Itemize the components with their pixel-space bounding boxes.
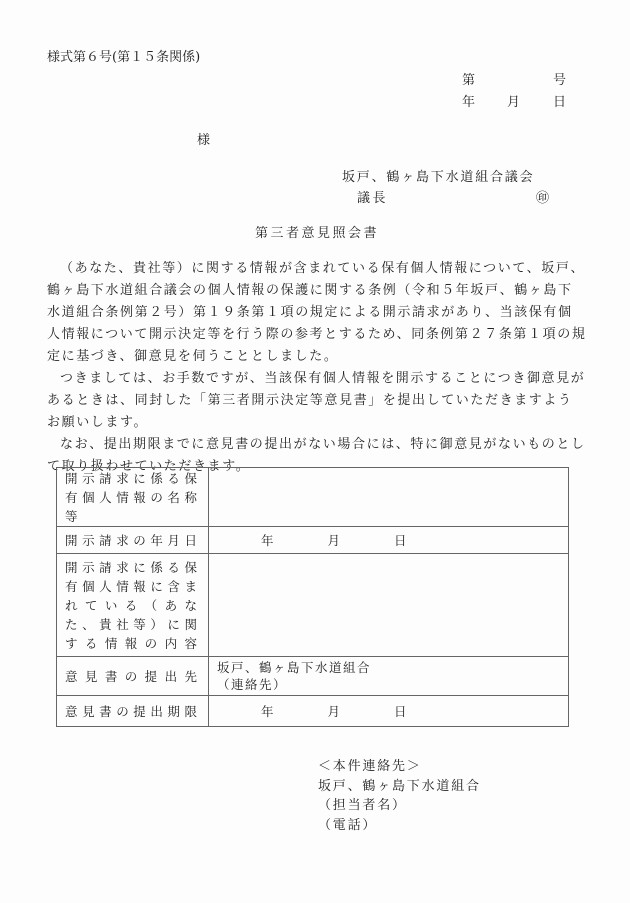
body-text: （あなた、貴社等）に関する情報が含まれている保有個人情報について、坂戸、鶴ヶ島下… (47, 258, 587, 478)
doc-no-suffix: 号 (553, 69, 566, 88)
row-value-request-date[interactable]: 年 月 日 (209, 527, 569, 554)
row-label: 開示請求に係る保有個人情報の名称等 (57, 468, 209, 527)
contact-org: 坂戸、鶴ヶ島下水道組合 (318, 777, 481, 797)
row-value-name[interactable] (209, 468, 569, 527)
row-value-content[interactable] (209, 554, 569, 657)
row-label: 開示請求の年月日 (57, 527, 209, 554)
issue-date: 年 月 日 (462, 91, 475, 110)
date-year: 年 (462, 95, 475, 110)
contact-person: （担当者名） (318, 796, 481, 816)
row-label: 意見書の提出期限 (57, 696, 209, 727)
sender-org: 坂戸、鶴ヶ島下水道組合議会 (342, 166, 534, 185)
form-number: 様式第６号(第１５条関係) (47, 46, 200, 65)
row-value-destination[interactable]: 坂戸、鶴ヶ島下水道組合 （連絡先） (209, 657, 569, 696)
table-row: 開示請求に係る保有個人情報に含まれている（あなた、貴社等）に関する情報の内容 (57, 554, 569, 657)
sender-title: 議長 (357, 187, 388, 206)
table-row: 意見書の提出期限 年 月 日 (57, 696, 569, 727)
contact-header: ＜本件連絡先＞ (318, 757, 481, 777)
document-title: 第三者意見照会書 (255, 222, 379, 241)
table-row: 意見書の提出先 坂戸、鶴ヶ島下水道組合 （連絡先） (57, 657, 569, 696)
date-month: 月 (507, 91, 520, 110)
contact-phone: （電話） (318, 816, 481, 836)
document-number: 第 号 (462, 69, 475, 88)
date-day: 日 (553, 91, 566, 110)
body-paragraph-2: つきましては、お手数ですが、当該保有個人情報を開示することにつき御意見があるとき… (47, 368, 587, 434)
row-label: 開示請求に係る保有個人情報に含まれている（あなた、貴社等）に関する情報の内容 (57, 554, 209, 657)
seal-mark: ㊞ (536, 187, 549, 206)
info-table: 開示請求に係る保有個人情報の名称等 開示請求の年月日 年 月 日 開示請求に係る… (56, 467, 569, 727)
recipient-suffix: 様 (197, 129, 210, 148)
contact-block: ＜本件連絡先＞ 坂戸、鶴ヶ島下水道組合 （担当者名） （電話） (318, 757, 481, 835)
doc-no-prefix: 第 (462, 73, 475, 88)
body-paragraph-1: （あなた、貴社等）に関する情報が含まれている保有個人情報について、坂戸、鶴ヶ島下… (47, 258, 587, 368)
row-label: 意見書の提出先 (57, 657, 209, 696)
table-row: 開示請求に係る保有個人情報の名称等 (57, 468, 569, 527)
row-value-deadline[interactable]: 年 月 日 (209, 696, 569, 727)
table-row: 開示請求の年月日 年 月 日 (57, 527, 569, 554)
